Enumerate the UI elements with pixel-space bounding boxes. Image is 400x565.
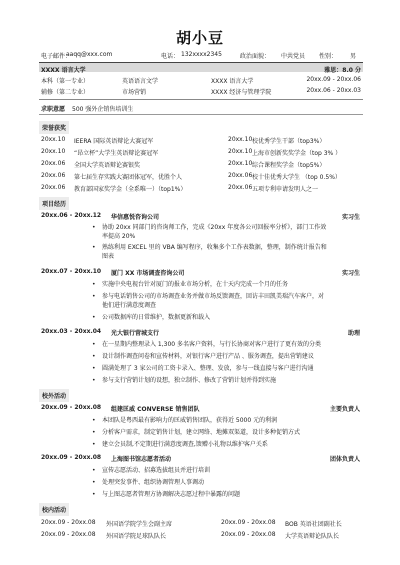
section-title-external: 校外活动	[39, 389, 69, 402]
activity-header: 20xx.09 - 20xx.08 上海图书馆志愿者活动 团体负责人	[41, 454, 360, 464]
project-bullet: 熟练利用 EXCEL 里的 VBA 编写程序，收集多个工作表数据，整理，制作统计…	[102, 243, 327, 261]
project-bullet: 参与电话销售公司的市场调查业务并做市场反馈调查，回访丰田凯美瑞汽车客户，对他们进…	[102, 292, 327, 310]
project-bullet: 圆满处理了 3 家公司的工资卡录入、整理、发放，参与一线直接与客户进行沟通	[102, 364, 327, 373]
phone-value: 132xxxx2345	[181, 51, 222, 58]
resume-page: 胡小豆 电子邮件： aaqq@xxx.com 电话： 132xxxx2345 政…	[0, 0, 400, 565]
project-role: 助理	[348, 328, 360, 337]
section-title-awards: 荣誉获奖	[39, 121, 69, 134]
project-org: 华信惠悦咨询公司	[111, 212, 159, 221]
school: XXXX 语言大学	[211, 76, 253, 85]
project-date: 20xx.06 - 20xx.12	[41, 212, 101, 219]
activity-bullet: 与上图志愿者管理方协调解决志愿过程中暴露的问题	[102, 490, 327, 499]
award-date: 20xx.06	[41, 160, 65, 167]
activity-date: 20xx.09 - 20xx.08	[41, 519, 96, 526]
university-name: XXXX 语言大学	[41, 65, 86, 74]
project-header: 20xx.06 - 20xx.12 华信惠悦咨询公司 实习生	[41, 212, 360, 222]
education-row: 本科（第一专业） 英语语言文学 XXXX 语言大学 20xx.09 - 20xx…	[39, 76, 363, 86]
email-value: aaqq@xxx.com	[66, 51, 112, 58]
activity-header: 20xx.09 - 20xx.08 组建匡威 CONVERSE 销售团队 主要负…	[41, 404, 360, 414]
project-date: 20xx.07 - 20xx.10	[41, 268, 101, 275]
period: 20xx.06 - 20xx.03	[306, 87, 361, 94]
degree: 辅修（第二专业）	[41, 87, 89, 96]
activity-date: 20xx.09 - 20xx.08	[41, 454, 101, 461]
award-date: 20xx.10	[228, 136, 252, 143]
phone-label: 电话：	[161, 51, 179, 60]
activity-text: 外国语学院学生会副主席	[106, 519, 172, 528]
award-date: 20xx.06	[228, 172, 252, 179]
activity-text: 外国语学院足球队队长	[106, 531, 166, 540]
award-date: 20xx.10	[41, 148, 65, 155]
intent-value: 500 强外企销售培训生	[72, 104, 133, 113]
project-bullet: 公司数据库的日常维护，数据更新和载入	[102, 313, 327, 322]
award-date: 20xx.06	[228, 184, 252, 191]
activity-date: 20xx.09 - 20xx.08	[221, 519, 276, 526]
project-header: 20xx.03 - 20xx.04 光大银行营城支行 助理	[41, 328, 360, 338]
activity-text: BOB 英语社团副社长	[285, 519, 342, 528]
award-text: 教育部国家奖学金（全系唯一）（top1%）	[74, 184, 186, 193]
project-bullet: 实施中央电视台针对厦门的报业市场分析，在十天内完成一个月的任务	[102, 280, 327, 289]
award-row: 20xx.06 教育部国家奖学金（全系唯一）（top1%） 20xx.06 五项…	[41, 184, 363, 194]
award-row: 20xx.10 “昂立杯”大学生英语辩论赛冠军 20xx.10 上海市创新奖奖学…	[41, 148, 363, 158]
politics-label: 政治面貌：	[240, 51, 270, 60]
award-text: 校优秀学生干部（top3%）	[252, 136, 325, 145]
education-header: XXXX 语言大学 雅思：8.0 分	[39, 62, 363, 72]
candidate-name: 胡小豆	[0, 27, 400, 48]
award-date: 20xx.10	[228, 160, 252, 167]
award-text: IEERA 国际英语辩论大赛冠军	[74, 136, 153, 145]
award-date: 20xx.10	[41, 136, 65, 143]
activity-bullet: 分析客户需求，制定销售计划，建立网络、地摊双渠道，设计多种促销方式	[102, 428, 327, 437]
award-text: 五项专利申请发明人之一	[252, 184, 318, 193]
award-text: “昂立杯”大学生英语辩论赛冠军	[74, 148, 158, 157]
project-bullet: 设计制作调查问卷和宣传材料，对银行客户进行产品 、服务调查，提出营销建议	[102, 352, 327, 361]
ielts-score: 雅思：8.0 分	[324, 65, 361, 74]
section-title-campus: 校内活动	[39, 503, 69, 516]
campus-activity-row: 20xx.09 - 20xx.08 外国语学院学生会副主席 20xx.09 - …	[41, 519, 363, 529]
project-role: 实习生	[342, 268, 360, 277]
activity-bullet: 本团队是粤西最有影响力的匡威销售团队，获得近 5000 元的利润	[102, 416, 327, 425]
award-text: 综合课程奖学金（top5%）	[252, 160, 325, 169]
education-row: 辅修（第二专业） 市场营销 XXXX 经济与管理学院 20xx.06 - 20x…	[39, 87, 363, 97]
activity-date: 20xx.09 - 20xx.08	[41, 531, 96, 538]
section-divider	[39, 114, 363, 115]
project-org: 光大银行营城支行	[111, 328, 159, 337]
award-text: 第七届生存实践大赛团体冠军，优胜个人	[74, 172, 182, 181]
project-date: 20xx.03 - 20xx.04	[41, 328, 101, 335]
project-org: 厦门 XX 市场调查咨询公司	[111, 268, 184, 277]
project-header: 20xx.07 - 20xx.10 厦门 XX 市场调查咨询公司 实习生	[41, 268, 360, 278]
activity-date: 20xx.09 - 20xx.08	[221, 531, 276, 538]
gender-label: 性别：	[319, 51, 337, 60]
award-date: 20xx.10	[228, 148, 252, 155]
project-bullet: 参与支行营销计划的设想，独立制作、修改了营销计划并得到实施	[102, 376, 327, 385]
period: 20xx.09 - 20xx.06	[306, 76, 361, 83]
politics-value: 中共党员	[281, 51, 305, 60]
activity-bullet: 处理突发事件、组织协调管理人事调动	[102, 478, 327, 487]
section-title-projects: 项目经历	[39, 197, 69, 210]
school: XXXX 经济与管理学院	[211, 87, 271, 96]
project-role: 实习生	[342, 212, 360, 221]
award-text: 全国大学英语辩论赛银奖	[74, 160, 140, 169]
activity-role: 团体负责人	[330, 454, 360, 463]
activity-text: 大学英语辩论队队长	[285, 531, 339, 540]
intent-label: 求职意愿	[41, 104, 65, 113]
major: 英语语言文学	[122, 76, 158, 85]
award-text: 上海市创新奖奖学金（top 3% ）	[252, 148, 341, 157]
award-date: 20xx.06	[41, 172, 65, 179]
activity-bullet: 宣传志愿活动、招募选拔组员并进行培训	[102, 466, 327, 475]
job-intent: 求职意愿 500 强外企销售培训生	[39, 104, 363, 114]
award-text: 校十佳优秀大学生 （top 0.5%）	[252, 172, 341, 181]
activity-org: 上海图书馆志愿者活动	[111, 454, 171, 463]
award-row: 20xx.06 第七届生存实践大赛团体冠军，优胜个人 20xx.06 校十佳优秀…	[41, 172, 363, 182]
award-date: 20xx.06	[41, 184, 65, 191]
project-bullet: 协助 20xx 同部门的咨询师工作，完成《20xx 年度各公司回报率分析》，部门…	[102, 223, 327, 241]
activity-org: 组建匡威 CONVERSE 销售团队	[111, 404, 200, 413]
campus-activity-row: 20xx.09 - 20xx.08 外国语学院足球队队长 20xx.09 - 2…	[41, 531, 363, 541]
activity-role: 主要负责人	[330, 404, 360, 413]
major: 市场营销	[122, 87, 146, 96]
award-row: 20xx.06 全国大学英语辩论赛银奖 20xx.10 综合课程奖学金（top5…	[41, 160, 363, 170]
activity-date: 20xx.09 - 20xx.08	[41, 404, 101, 411]
section-divider	[39, 99, 363, 100]
contact-info: 电子邮件： aaqq@xxx.com 电话： 132xxxx2345 政治面貌：…	[39, 51, 363, 61]
project-bullet: 在一星期内整理录入 1,300 多名客户资料，与行长协商对客户进行了更有效的分类	[102, 340, 327, 349]
degree: 本科（第一专业）	[41, 76, 89, 85]
award-row: 20xx.10 IEERA 国际英语辩论大赛冠军 20xx.10 校优秀学生干部…	[41, 136, 363, 146]
activity-bullet: 建立会员制,不定期进行满意度调查,馈赠小礼物以维护客户关系	[102, 440, 327, 449]
gender-value: 男	[350, 51, 356, 60]
